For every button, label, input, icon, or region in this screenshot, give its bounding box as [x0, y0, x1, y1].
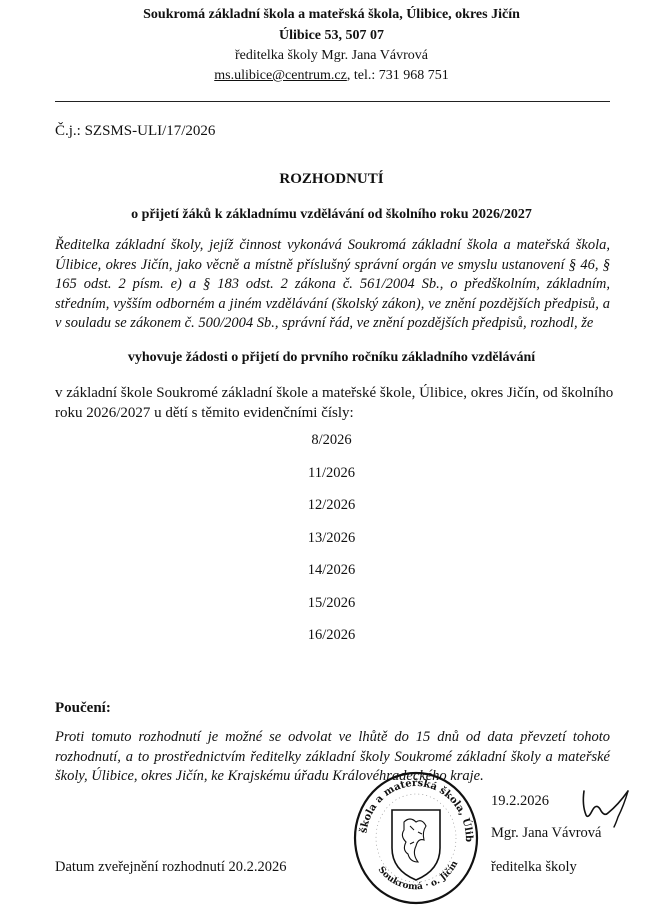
registration-number: 15/2026 — [0, 595, 663, 612]
instruction-text: Proti tomuto rozhodnutí je možné se odvo… — [55, 728, 610, 787]
document-subtitle: o přijetí žáků k základnímu vzdělávání o… — [0, 207, 663, 223]
signatory-name: Mgr. Jana Vávrová — [491, 825, 601, 842]
registration-number: 12/2026 — [0, 497, 663, 514]
signature-date: 19.2.2026 — [491, 793, 549, 810]
school-stamp-icon: škola a mateřská škola, Úlibice, Soukrom… — [352, 770, 480, 906]
svg-text:Soukromá · o. Jičín: Soukromá · o. Jičín — [376, 859, 461, 892]
publication-date: Datum zveřejnění rozhodnutí 20.2.2026 — [55, 859, 287, 876]
signatory-role: ředitelka školy — [491, 859, 577, 876]
decision-text: v základní škole Soukromé základní škole… — [55, 384, 615, 423]
school-address: Úlibice 53, 507 07 — [0, 26, 663, 46]
registration-number: 8/2026 — [0, 432, 663, 449]
registration-number: 11/2026 — [0, 465, 663, 482]
school-contact: ms.ulibice@centrum.cz, tel.: 731 968 751 — [0, 66, 663, 86]
school-director: ředitelka školy Mgr. Jana Vávrová — [0, 46, 663, 66]
intro-paragraph: Ředitelka základní školy, jejíž činnost … — [55, 236, 610, 334]
signature-icon — [578, 785, 638, 830]
document-title: ROZHODNUTÍ — [0, 171, 663, 188]
email-link[interactable]: ms.ulibice@centrum.cz — [214, 68, 347, 83]
header-divider — [55, 101, 610, 102]
school-name: Soukromá základní škola a mateřská škola… — [0, 5, 663, 25]
decision-statement: vyhovuje žádosti o přijetí do prvního ro… — [0, 350, 663, 366]
reference-number: Č.j.: SZSMS-ULI/17/2026 — [55, 123, 215, 140]
instruction-heading: Poučení: — [55, 700, 111, 717]
svg-text:škola a mateřská škola, Úlibic: škola a mateřská škola, Úlibice, — [352, 770, 474, 842]
registration-number: 13/2026 — [0, 530, 663, 547]
registration-number: 16/2026 — [0, 627, 663, 644]
phone: , tel.: 731 968 751 — [347, 68, 449, 83]
registration-number: 14/2026 — [0, 562, 663, 579]
